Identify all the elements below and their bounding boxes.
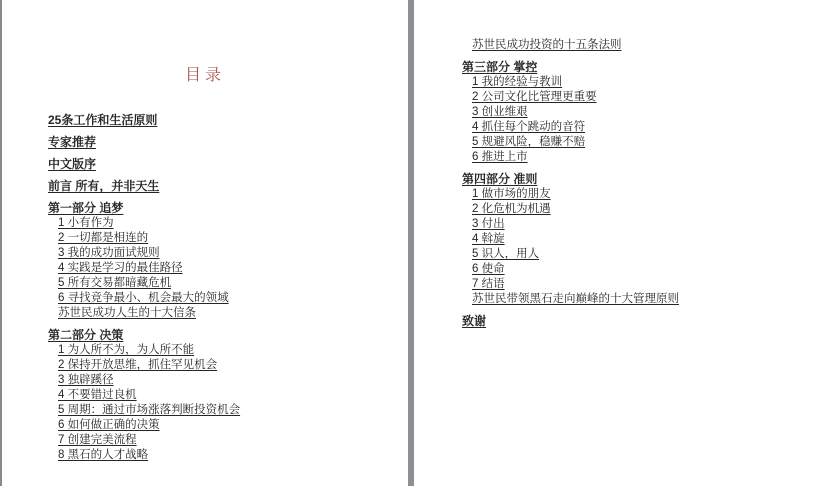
toc-entry[interactable]: 2 化危机为机遇: [462, 202, 807, 217]
toc-entry[interactable]: 4 实践是学习的最佳路径: [48, 261, 394, 276]
toc-entry[interactable]: 第三部分 掌控: [462, 60, 807, 75]
toc-entry[interactable]: 6 如何做正确的决策: [48, 418, 394, 433]
toc-entry[interactable]: 前言 所有，并非天生: [48, 179, 394, 194]
toc-entry[interactable]: 6 推进上市: [462, 150, 807, 165]
toc-entry[interactable]: 1 我的经验与教训: [462, 75, 807, 90]
toc-entry[interactable]: 6 寻找竞争最小、机会最大的领域: [48, 291, 394, 306]
ebook-toc-view: 目录 25条工作和生活原则专家推荐中文版序前言 所有，并非天生第一部分 追梦1 …: [0, 0, 821, 486]
toc-title: 目录: [2, 62, 408, 85]
toc-entry[interactable]: 5 规避风险，稳赚不赔: [462, 135, 807, 150]
toc-entry[interactable]: 8 黑石的人才战略: [48, 448, 394, 463]
toc-entry[interactable]: 2 保持开放思维，抓住罕见机会: [48, 358, 394, 373]
left-edge-line: [0, 0, 2, 486]
toc-entry[interactable]: 7 结语: [462, 277, 807, 292]
toc-entry[interactable]: 3 独辟蹊径: [48, 373, 394, 388]
toc-entry[interactable]: 第二部分 决策: [48, 328, 394, 343]
toc-entry[interactable]: 1 做市场的朋友: [462, 187, 807, 202]
toc-entry[interactable]: 苏世民成功投资的十五条法则: [462, 38, 807, 53]
toc-entry[interactable]: 苏世民带领黑石走向巅峰的十大管理原则: [462, 292, 807, 307]
toc-entry[interactable]: 25条工作和生活原则: [48, 113, 394, 128]
toc-entry[interactable]: 4 斡旋: [462, 232, 807, 247]
toc-entry[interactable]: 1 为人所不为，为人所不能: [48, 343, 394, 358]
toc-entry[interactable]: 5 周期：通过市场涨落判断投资机会: [48, 403, 394, 418]
page-right: 苏世民成功投资的十五条法则第三部分 掌控1 我的经验与教训2 公司文化比管理更重…: [414, 0, 821, 486]
toc-entry[interactable]: 4 抓住每个跳动的音符: [462, 120, 807, 135]
toc-entry[interactable]: 第一部分 追梦: [48, 201, 394, 216]
toc-entry[interactable]: 中文版序: [48, 157, 394, 172]
toc-entry[interactable]: 第四部分 准则: [462, 172, 807, 187]
toc-entry[interactable]: 3 我的成功面试规则: [48, 246, 394, 261]
toc-list-left: 25条工作和生活原则专家推荐中文版序前言 所有，并非天生第一部分 追梦1 小有作…: [48, 106, 394, 463]
toc-entry[interactable]: 3 付出: [462, 217, 807, 232]
toc-entry[interactable]: 2 一切都是相连的: [48, 231, 394, 246]
toc-entry[interactable]: 专家推荐: [48, 135, 394, 150]
toc-entry[interactable]: 3 创业维艰: [462, 105, 807, 120]
toc-entry[interactable]: 6 使命: [462, 262, 807, 277]
toc-entry[interactable]: 致谢: [462, 314, 807, 329]
toc-entry[interactable]: 1 小有作为: [48, 216, 394, 231]
toc-entry[interactable]: 5 所有交易都暗藏危机: [48, 276, 394, 291]
toc-entry[interactable]: 7 创建完美流程: [48, 433, 394, 448]
page-divider: [408, 0, 414, 486]
toc-entry[interactable]: 4 不要错过良机: [48, 388, 394, 403]
toc-entry[interactable]: 2 公司文化比管理更重要: [462, 90, 807, 105]
toc-entry[interactable]: 5 识人，用人: [462, 247, 807, 262]
toc-entry[interactable]: 苏世民成功人生的十大信条: [48, 306, 394, 321]
toc-list-right: 苏世民成功投资的十五条法则第三部分 掌控1 我的经验与教训2 公司文化比管理更重…: [462, 38, 807, 329]
page-left: 目录 25条工作和生活原则专家推荐中文版序前言 所有，并非天生第一部分 追梦1 …: [2, 0, 408, 486]
